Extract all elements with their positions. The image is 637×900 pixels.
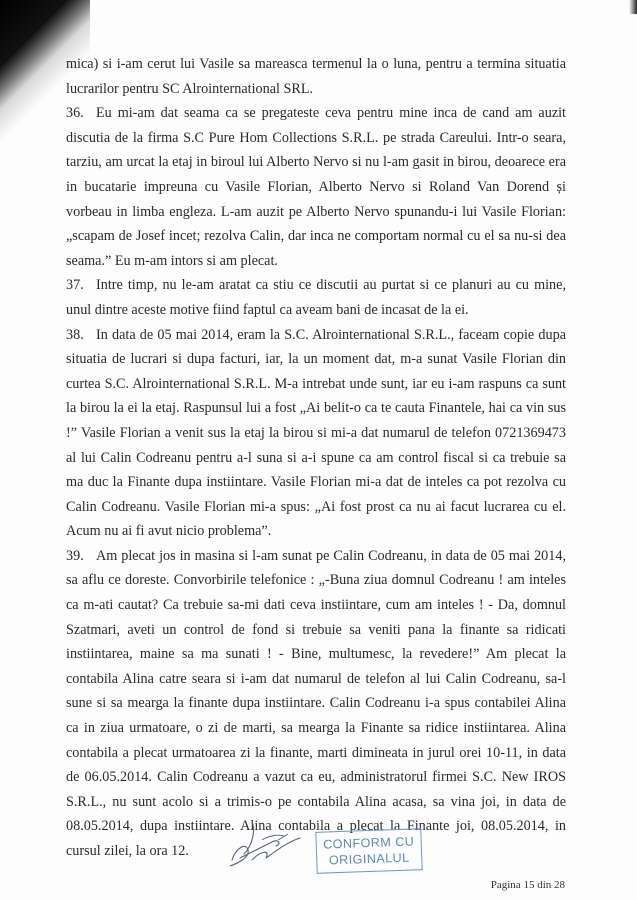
signature-icon (222, 820, 302, 870)
stamp-line-2: ORIGINALUL (317, 849, 421, 869)
paragraph-number: 37. (66, 273, 96, 298)
document-body: mica) si i-am cerut lui Vasile sa mareas… (66, 52, 566, 864)
paragraph-text: mica) si i-am cerut lui Vasile sa mareas… (66, 56, 566, 97)
paragraph-text: In data de 05 mai 2014, eram la S.C. Alr… (66, 327, 566, 540)
paragraph-number: 36. (66, 101, 96, 126)
conform-stamp: CONFORM CU ORIGINALUL (315, 828, 422, 874)
paragraph-36: 36.Eu mi-am dat seama ca se pregateste c… (66, 101, 566, 273)
paragraph-38: 38.In data de 05 mai 2014, eram la S.C. … (66, 323, 566, 544)
paragraph-text: Am plecat jos in masina si l-am sunat pe… (66, 548, 566, 859)
paragraph-number: 38. (66, 323, 96, 348)
paragraph-number: 39. (66, 544, 96, 569)
page-footer: CONFORM CU ORIGINALUL Pagina 15 din 28 (0, 820, 637, 900)
paragraph-39: 39.Am plecat jos in masina si l-am sunat… (66, 544, 566, 864)
paragraph-continuation: mica) si i-am cerut lui Vasile sa mareas… (66, 52, 566, 101)
paragraph-text: Intre timp, nu le-am aratat ca stiu ce d… (66, 277, 566, 318)
paragraph-37: 37.Intre timp, nu le-am aratat ca stiu c… (66, 273, 566, 322)
document-page: mica) si i-am cerut lui Vasile sa mareas… (0, 0, 637, 900)
page-number: Pagina 15 din 28 (491, 879, 565, 891)
scan-corner-shadow (629, 0, 637, 14)
paragraph-text: Eu mi-am dat seama ca se pregateste ceva… (66, 105, 566, 269)
